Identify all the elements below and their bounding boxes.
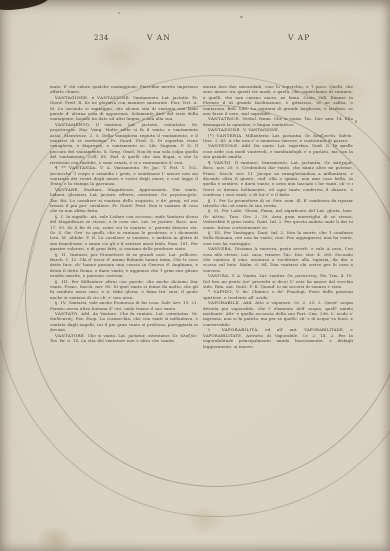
running-head-right: V AP [288,33,310,42]
dictionary-entry: mato, E chi valore qualche vantaggione, … [50,84,198,95]
entry-headword: §. IV. [55,300,67,305]
dictionary-entry: (*) VANTERIA. Millanteria. Lat. jactanti… [203,133,353,144]
entry-headword: §. III. [208,230,222,235]
entry-headword: VANTARE. [55,187,79,192]
entry-headword: §. I. [208,198,217,203]
dictionary-entry: mezzo loro due mezzodadi, cioe lo soperc… [203,84,353,116]
entry-headword: VANTAZIONE. [208,127,242,132]
running-head-left: V AN [147,33,171,42]
dictionary-entry: §. II. Vantarsi, per Promettere di se gr… [50,252,198,279]
entry-headword: * VAPIDO, [208,289,233,294]
dictionary-entry: VANTAGIONE, e VANTAZIONE. Vantamento. La… [50,95,198,122]
entry-headword: ¶ ** VANTANZA. [55,165,97,170]
dictionary-entry: VANVERA. Diciamo A vanvera, posto avverb… [203,246,353,273]
dictionary-entry: ¶ ** VANTANZA. V. A. Vantamento. Fr. Jac… [50,165,198,187]
entry-headword: ¶ VANTO. [208,160,232,165]
entry-headword: VAPORABILE. [208,300,241,305]
dictionary-entry: §. I. Per Lo promettere di se. Petr. uom… [203,198,353,209]
text-column-left: mato, E chi valore qualche vantaggione, … [50,84,198,344]
page-number: 234 [94,34,109,42]
dictionary-entry: † VAPORABILITÀ, ed all' ant. VAPORABILIT… [203,327,353,349]
text-column-right: mezzo loro due mezzodadi, cioe lo soperc… [203,84,353,349]
dictionary-entry: §. III. Per Millantare altrui con parole… [50,279,198,301]
dictionary-entry: * VAPIDO, V. de' Chimici, e de' Fisiolog… [203,289,353,300]
entry-headword: (*) VANTERIA. [208,133,243,138]
corner-blemish [0,0,51,12]
dictionary-entry: VANURA. V. A. Vanita. Lat. vanitas. Gr. … [203,273,353,289]
entry-headword: VANTAGIONE, e VANTAZIONE. [55,95,131,100]
entry-headword: §. II. [55,252,67,257]
dictionary-entry: VAPORABILE. Add. Atto a vaporare. Cr. 2.… [203,300,353,327]
dictionary-entry: VANTATORE. Che si vanta. Lat. jactator, … [50,333,198,344]
entry-headword: VANTATRICE. [208,116,241,121]
paper-background: 234 V AN V AP mato, E chi valore qualche… [0,0,390,551]
entry-headword: §. II. [208,208,220,213]
dictionary-entry: VANTARE. Esaltare, Magnificare, Apprezza… [50,187,198,214]
paper-speck [240,16,243,18]
entry-headword: VANVERA. [208,246,233,251]
paper-speck [118,12,120,14]
entry-headword: VANTATORE. [55,333,86,338]
dictionary-entry: §. I. In signific. att. vale Lodare con … [50,214,198,252]
entry-headword: VANURA. [208,273,230,278]
dictionary-entry: ¶ VANTO. Il vantarsi. Vantamento. Lat. j… [203,160,353,198]
paper-speck [355,120,357,123]
dictionary-entry: §. II. Per Lode, Gloria, Fama, nel signi… [203,208,353,230]
entry-headword: §. I. [55,214,64,219]
dictionary-entry: VANTEVOLE. Add. Da vanto. Lat. superbus.… [203,143,353,159]
entry-headword: VANTEVOLE. [208,143,239,148]
dictionary-entry: VANTATO. Add. da Vantare. Che fu vantato… [50,311,198,333]
scanned-book-page: 234 V AN V AP mato, E chi valore qualche… [0,0,390,551]
dictionary-entry: §. IV. Vantarsi, vale anche Promessa di … [50,300,198,311]
entry-headword: † VAPORABILITÀ, [208,327,259,332]
dictionary-entry: VANTAMENTO. Il vantarsi. Lat. jactatio, … [50,122,198,165]
entry-headword: VANTAMENTO. [55,122,91,127]
entry-headword: VANTATO. [55,311,79,316]
dictionary-entry: VANTATRICE. Verbal. femm. Che si vanta. … [203,116,353,127]
entry-headword: §. III. [55,279,69,284]
dictionary-entry: §. III. Per Vantaggio. Dant. Inf. 2. Non… [203,230,353,246]
